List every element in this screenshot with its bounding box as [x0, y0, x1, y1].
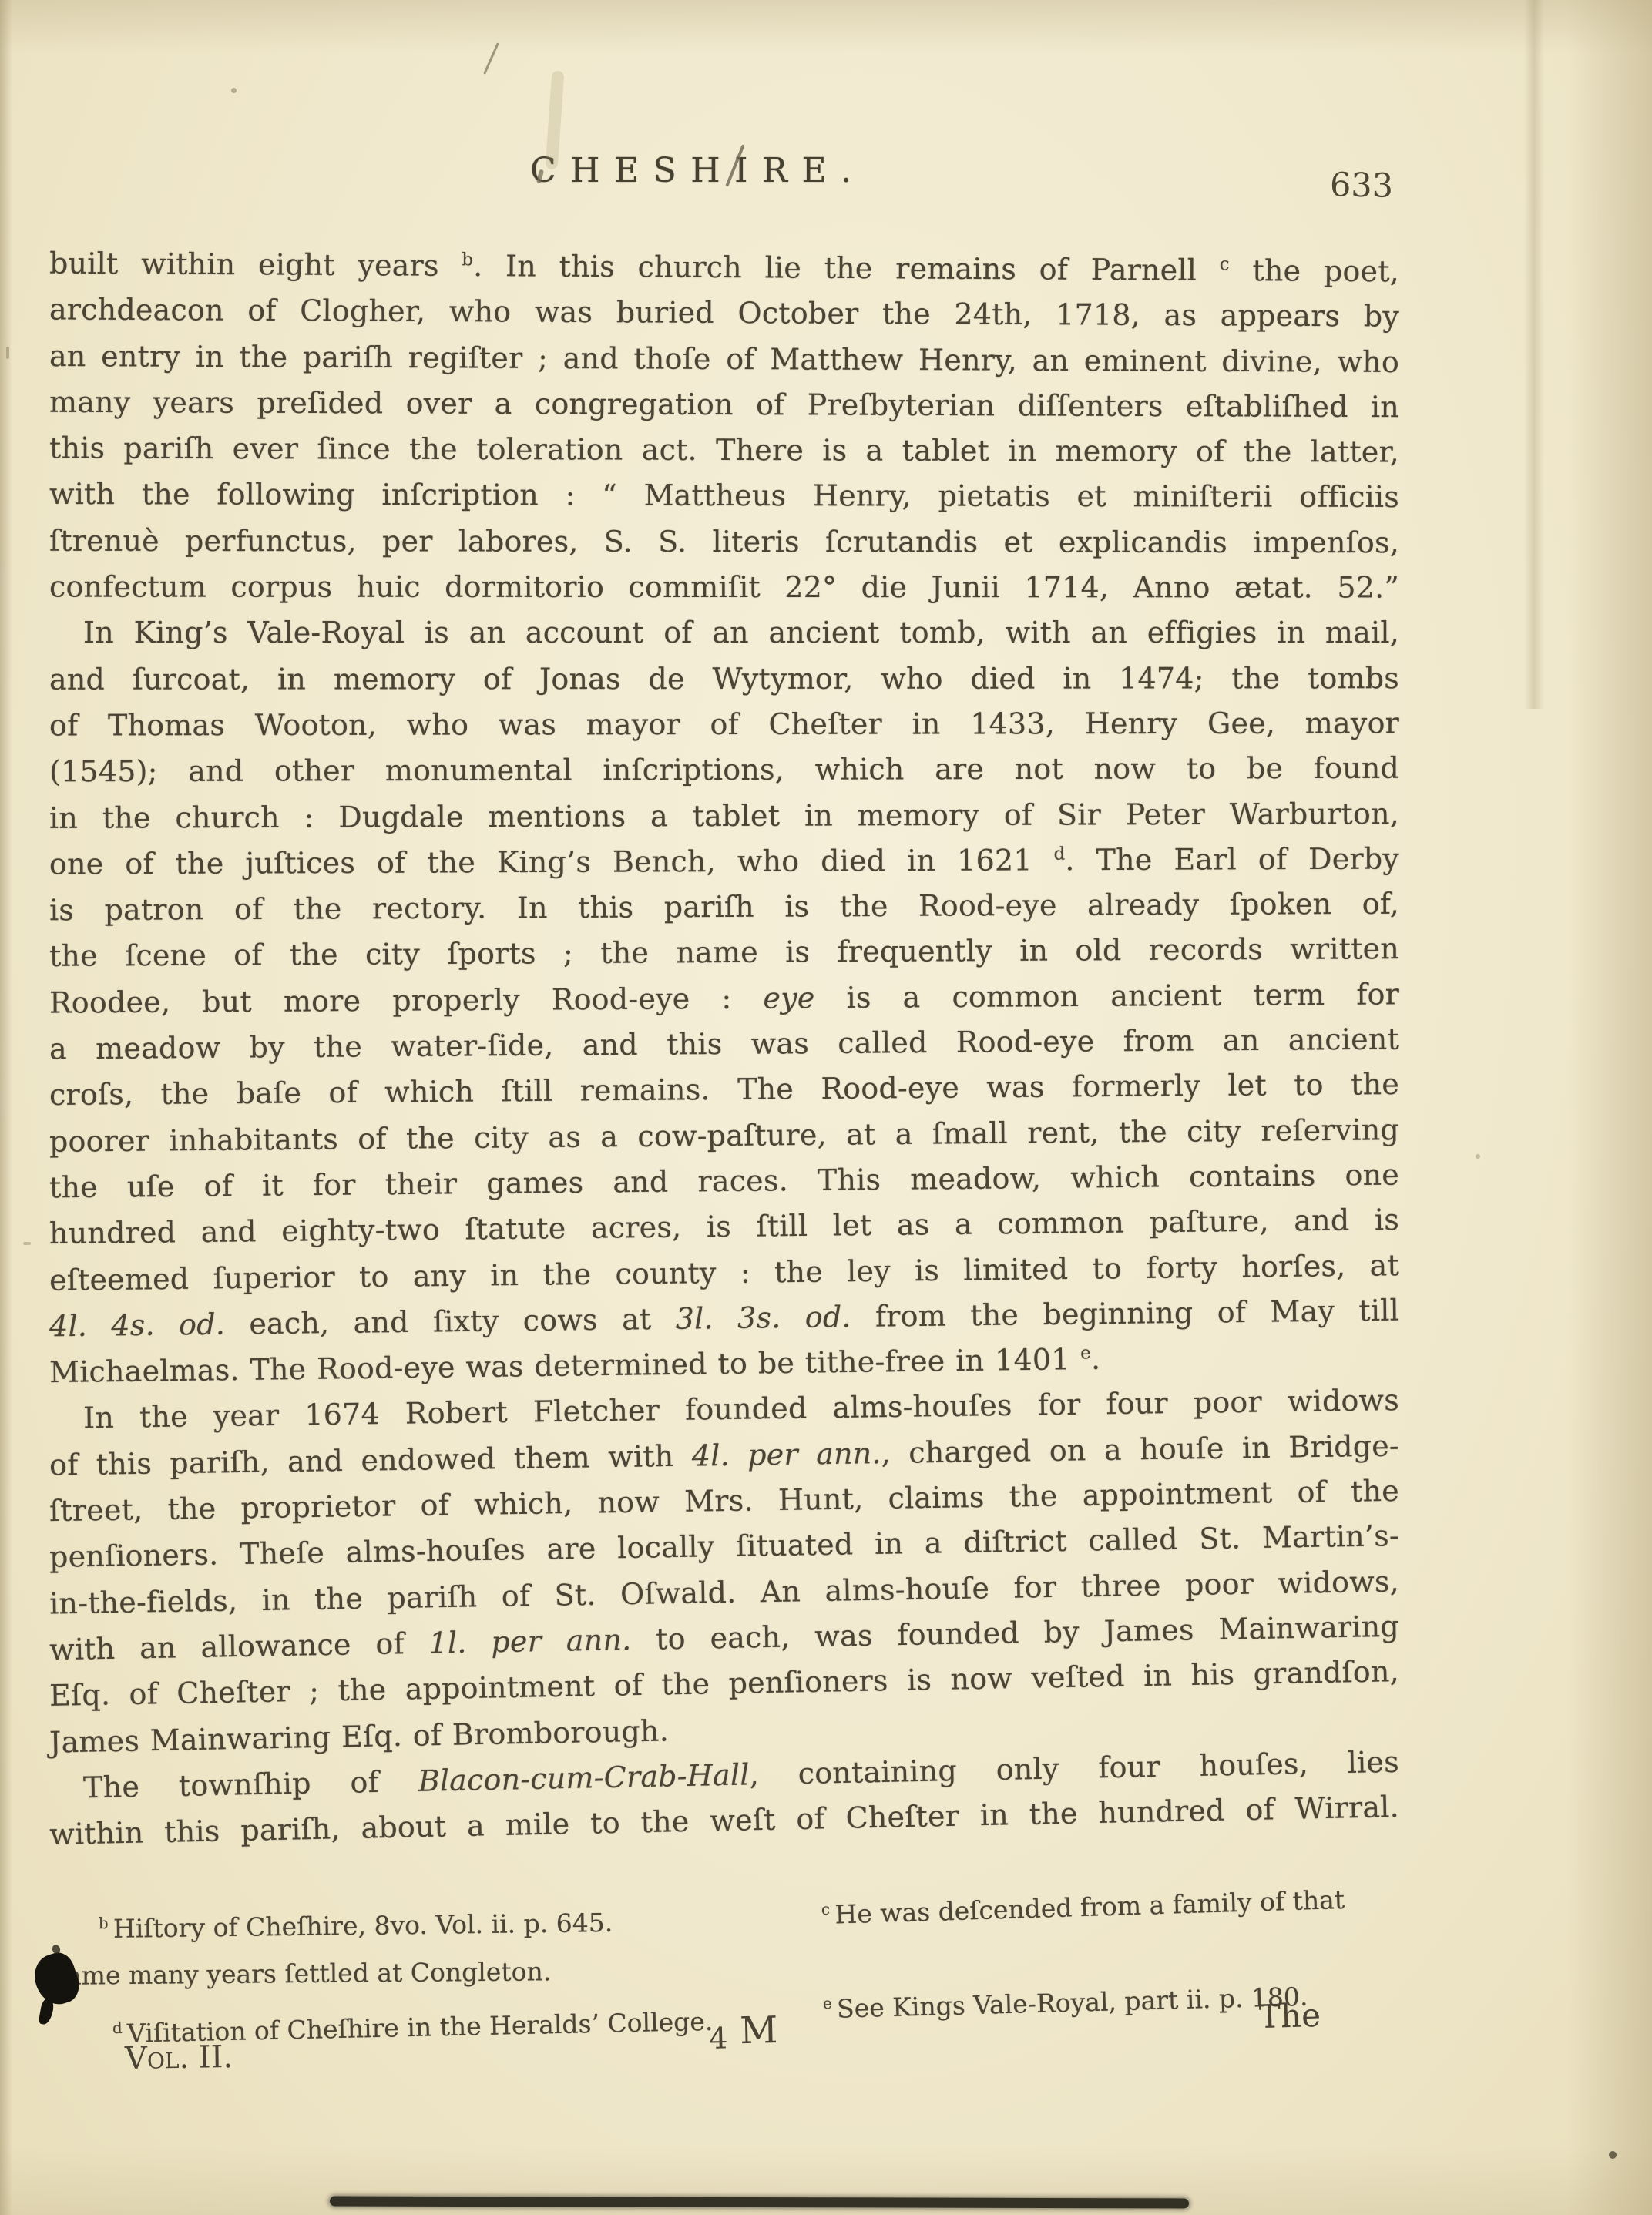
- body-text: built within eight years b. In this chur…: [49, 245, 1399, 1844]
- ink-speck: [6, 347, 9, 359]
- body-line: one of the juſtices of the King’s Bench,…: [49, 836, 1399, 887]
- body-line: archdeacon of Clogher, who was buried Oc…: [49, 287, 1399, 340]
- body-line: ſtrenuè perfunctus, per labores, S. S. l…: [49, 519, 1399, 566]
- body-line: in the church : Dugdale mentions a table…: [49, 791, 1399, 841]
- body-line: In King’s Vale-Royal is an account of an…: [49, 610, 1399, 656]
- volume-label: Vol. II.: [125, 2039, 233, 2076]
- scan-edge-line: [330, 2197, 1189, 2209]
- page-title: CHESHIRE.: [530, 151, 866, 190]
- body-line: (1545); and other monumental inſcription…: [49, 746, 1399, 795]
- body-line: this pariſh ever ſince the toleration ac…: [49, 426, 1399, 475]
- footnote-line: ame many years ſettled at Congleton.: [66, 1956, 552, 1990]
- ink-speck: [231, 88, 237, 93]
- body-line: an entry in the pariſh regiſter ; and th…: [49, 334, 1399, 385]
- body-line: many years preſided over a congregation …: [49, 380, 1399, 431]
- page-number: 633: [1330, 166, 1394, 205]
- body-line: the ſcene of the city ſports ; the name …: [49, 927, 1399, 980]
- catchword: The: [1258, 1996, 1321, 2035]
- signature-mark: 4M: [708, 2009, 778, 2056]
- footnote-line: e See Kings Vale-Royal, part ii. p. 180.: [823, 1982, 1308, 2024]
- body-line: and ſurcoat, in memory of Jonas de Wytym…: [49, 656, 1399, 703]
- body-line: of Thomas Wooton, who was mayor of Cheſt…: [49, 700, 1399, 748]
- body-line: is patron of the rectory. In this pariſh…: [49, 881, 1399, 934]
- paper-fleck: [1476, 1154, 1480, 1159]
- paper-fleck: [23, 1242, 31, 1245]
- page-crease: [1524, 0, 1544, 709]
- footnote-line: c He was deſcended from a family of that: [821, 1884, 1345, 1930]
- scratch-mark: [483, 42, 499, 74]
- footnote-line: b Hiſtory of Cheſhire, 8vo. Vol. ii. p. …: [99, 1908, 613, 1944]
- signature-letter: M: [740, 2009, 778, 2052]
- ink-speck: [1609, 2151, 1617, 2159]
- signature-number: 4: [709, 2021, 728, 2055]
- body-line: with the following inſcription : “ Matth…: [49, 472, 1399, 520]
- body-line: confectum corpus huic dormitorio commiſi…: [49, 565, 1399, 611]
- book-page: CHESHIRE. 633 built within eight years b…: [0, 0, 1652, 2215]
- ink-blot: [29, 1948, 84, 2009]
- body-line: built within eight years b. In this chur…: [49, 241, 1399, 295]
